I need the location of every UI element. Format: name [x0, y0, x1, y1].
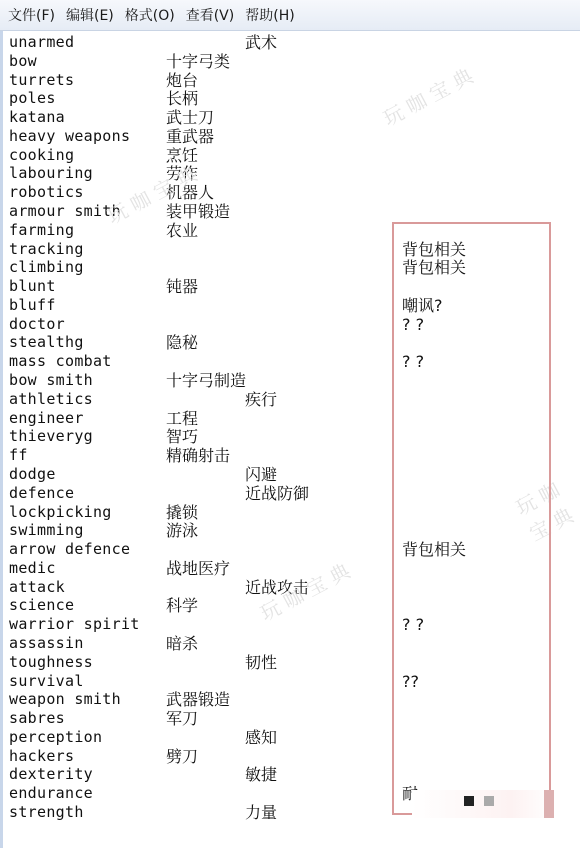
- menu-format[interactable]: 格式(O): [125, 5, 175, 25]
- skill-name-cn-alt: 近战攻击: [245, 578, 309, 597]
- skill-name-en: survival: [9, 672, 84, 691]
- skill-name-cn: 劈刀: [166, 747, 198, 766]
- skill-name-cn: 长柄: [166, 89, 198, 108]
- skill-row: katana武士刀: [3, 108, 383, 127]
- skill-name-en: blunt: [9, 277, 56, 296]
- skill-row: toughness韧性: [3, 653, 383, 672]
- skill-row: thieveryg智巧: [3, 427, 383, 446]
- skill-name-en: stealthg: [9, 333, 84, 352]
- skill-row: stealthg隐秘: [3, 333, 383, 352]
- skill-row: mass combat: [3, 352, 383, 371]
- skill-name-cn: 战地医疗: [166, 559, 230, 578]
- skill-row: defence近战防御: [3, 484, 383, 503]
- skill-name-en: doctor: [9, 315, 65, 334]
- skill-name-en: athletics: [9, 390, 93, 409]
- redacted-overlay: [412, 790, 554, 818]
- skill-name-en: cooking: [9, 146, 74, 165]
- skill-row: medic战地医疗: [3, 559, 383, 578]
- note-text: 背包相关: [402, 540, 466, 559]
- menu-file[interactable]: 文件(F): [8, 5, 55, 25]
- skill-name-en: endurance: [9, 784, 93, 803]
- skill-name-cn: 军刀: [166, 709, 198, 728]
- skill-name-en: bluff: [9, 296, 56, 315]
- skill-name-cn: 烹饪: [166, 146, 198, 165]
- skill-name-en: arrow defence: [9, 540, 130, 559]
- skill-name-en: dodge: [9, 465, 56, 484]
- skill-name-cn: 武器锻造: [166, 690, 230, 709]
- skill-name-en: attack: [9, 578, 65, 597]
- skill-name-cn: 劳作: [166, 164, 198, 183]
- skill-name-en: farming: [9, 221, 74, 240]
- skill-name-cn-alt: 武术: [245, 33, 277, 52]
- skill-name-en: lockpicking: [9, 503, 112, 522]
- skill-row: tracking: [3, 240, 383, 259]
- skill-name-cn: 游泳: [166, 521, 198, 540]
- skill-row: turrets炮台: [3, 71, 383, 90]
- skill-name-cn-alt: 闪避: [245, 465, 277, 484]
- skill-name-cn: 十字弓制造: [166, 371, 246, 390]
- skill-name-en: science: [9, 596, 74, 615]
- skill-row: heavy weapons重武器: [3, 127, 383, 146]
- skill-row: weapon smith武器锻造: [3, 690, 383, 709]
- skill-row: climbing: [3, 258, 383, 277]
- skill-name-en: mass combat: [9, 352, 112, 371]
- skill-row: arrow defence: [3, 540, 383, 559]
- skill-name-en: bow smith: [9, 371, 93, 390]
- skill-name-en: turrets: [9, 71, 74, 90]
- skill-row: assassin暗杀: [3, 634, 383, 653]
- skill-row: lockpicking撬锁: [3, 503, 383, 522]
- note-text: ? ?: [402, 352, 424, 371]
- skill-row: poles长柄: [3, 89, 383, 108]
- skill-name-cn: 武士刀: [166, 108, 214, 127]
- skill-name-cn-alt: 力量: [245, 803, 277, 822]
- skill-name-en: labouring: [9, 164, 93, 183]
- skill-name-cn: 撬锁: [166, 503, 198, 522]
- note-text: ??: [402, 672, 419, 691]
- skill-row: strength力量: [3, 803, 383, 822]
- skill-row: blunt钝器: [3, 277, 383, 296]
- skill-name-en: unarmed: [9, 33, 74, 52]
- skill-name-en: sabres: [9, 709, 65, 728]
- note-text: 背包相关: [402, 258, 466, 277]
- skill-row: dexterity敏捷: [3, 765, 383, 784]
- skill-name-cn: 装甲锻造: [166, 202, 230, 221]
- skill-name-en: perception: [9, 728, 102, 747]
- skill-row: attack近战攻击: [3, 578, 383, 597]
- skill-name-cn: 智巧: [166, 427, 198, 446]
- skill-name-en: robotics: [9, 183, 84, 202]
- skill-name-en: swimming: [9, 521, 84, 540]
- redaction-block: [464, 796, 474, 806]
- skill-row: endurance: [3, 784, 383, 803]
- skill-name-en: toughness: [9, 653, 93, 672]
- skill-name-cn-alt: 敏捷: [245, 765, 277, 784]
- skill-row: cooking烹饪: [3, 146, 383, 165]
- skill-name-cn-alt: 近战防御: [245, 484, 309, 503]
- redaction-block: [484, 796, 494, 806]
- skill-name-cn-alt: 感知: [245, 728, 277, 747]
- skill-row: ff精确射击: [3, 446, 383, 465]
- note-text: ? ?: [402, 615, 424, 634]
- skill-name-cn: 十字弓类: [166, 52, 230, 71]
- skill-row: warrior spirit: [3, 615, 383, 634]
- skill-name-cn-alt: 韧性: [245, 653, 277, 672]
- skill-row: science科学: [3, 596, 383, 615]
- menu-bar: 文件(F) 编辑(E) 格式(O) 查看(V) 帮助(H): [0, 0, 580, 31]
- skill-name-en: dexterity: [9, 765, 93, 784]
- skill-row: perception感知: [3, 728, 383, 747]
- skill-name-cn: 机器人: [166, 183, 214, 202]
- skill-row: athletics疾行: [3, 390, 383, 409]
- note-text: 背包相关: [402, 240, 466, 259]
- skill-name-en: warrior spirit: [9, 615, 140, 634]
- skill-name-cn: 农业: [166, 221, 198, 240]
- skill-name-cn: 科学: [166, 596, 198, 615]
- menu-view[interactable]: 查看(V): [186, 5, 235, 25]
- menu-help[interactable]: 帮助(H): [245, 5, 294, 25]
- skill-name-en: climbing: [9, 258, 84, 277]
- skill-name-cn: 隐秘: [166, 333, 198, 352]
- skill-name-en: thieveryg: [9, 427, 93, 446]
- note-text: 嘲讽?: [402, 296, 443, 315]
- skill-name-cn: 精确射击: [166, 446, 230, 465]
- skill-row: swimming游泳: [3, 521, 383, 540]
- skill-name-cn: 重武器: [166, 127, 214, 146]
- skill-row: farming农业: [3, 221, 383, 240]
- skill-name-en: defence: [9, 484, 74, 503]
- skill-row: dodge闪避: [3, 465, 383, 484]
- skill-name-en: assassin: [9, 634, 84, 653]
- skill-row: robotics机器人: [3, 183, 383, 202]
- skill-name-en: katana: [9, 108, 65, 127]
- redaction-bar: [544, 790, 554, 818]
- skill-name-en: engineer: [9, 409, 84, 428]
- skill-name-en: bow: [9, 52, 37, 71]
- note-text: ? ?: [402, 315, 424, 334]
- skill-name-en: medic: [9, 559, 56, 578]
- skill-name-cn: 炮台: [166, 71, 198, 90]
- skill-row: bow十字弓类: [3, 52, 383, 71]
- skill-row: bow smith十字弓制造: [3, 371, 383, 390]
- skill-name-cn: 工程: [166, 409, 198, 428]
- skill-name-en: weapon smith: [9, 690, 121, 709]
- skill-name-en: poles: [9, 89, 56, 108]
- skill-row: hackers劈刀: [3, 747, 383, 766]
- skill-name-en: armour smith: [9, 202, 121, 221]
- skill-name-en: hackers: [9, 747, 74, 766]
- skill-row: survival: [3, 672, 383, 691]
- skill-name-cn: 钝器: [166, 277, 198, 296]
- skill-row: engineer工程: [3, 409, 383, 428]
- skill-name-en: strength: [9, 803, 84, 822]
- skill-name-cn-alt: 疾行: [245, 390, 277, 409]
- skill-row: bluff: [3, 296, 383, 315]
- menu-edit[interactable]: 编辑(E): [66, 5, 114, 25]
- skill-row: unarmed武术: [3, 33, 383, 52]
- skill-row: doctor: [3, 315, 383, 334]
- skill-name-en: tracking: [9, 240, 84, 259]
- skill-name-en: ff: [9, 446, 28, 465]
- skill-name-cn: 暗杀: [166, 634, 198, 653]
- skill-row: labouring劳作: [3, 164, 383, 183]
- skill-row: sabres军刀: [3, 709, 383, 728]
- skill-name-en: heavy weapons: [9, 127, 130, 146]
- skill-row: armour smith装甲锻造: [3, 202, 383, 221]
